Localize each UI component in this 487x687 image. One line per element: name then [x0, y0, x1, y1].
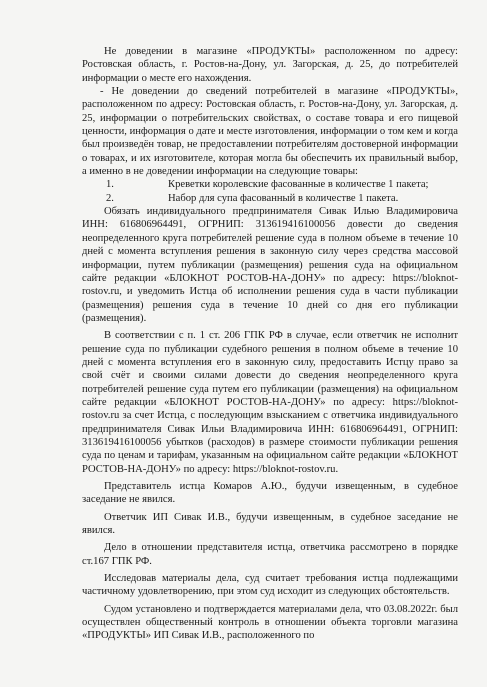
list-text: Набор для супа фасованный в количестве 1…	[126, 192, 398, 205]
paragraph: Обязать индивидуального предпринимателя …	[82, 205, 458, 325]
document-body: Не доведении в магазине «ПРОДУКТЫ» распо…	[82, 45, 458, 643]
list-text: Креветки королевские фасованные в количе…	[126, 178, 429, 191]
paragraph: Дело в отношении представителя истца, от…	[82, 541, 458, 568]
paragraph: Представитель истца Комаров А.Ю., будучи…	[82, 480, 458, 507]
list-number: 2.	[82, 192, 126, 205]
paragraph: В соответствии с п. 1 ст. 206 ГПК РФ в с…	[82, 329, 458, 476]
document-page: Не доведении в магазине «ПРОДУКТЫ» распо…	[0, 0, 487, 687]
list-item: 1. Креветки королевские фасованные в кол…	[82, 178, 458, 191]
paragraph: - Не доведении до сведений потребителей …	[82, 85, 458, 178]
list-number: 1.	[82, 178, 126, 191]
list-item: 2. Набор для супа фасованный в количеств…	[82, 192, 458, 205]
paragraph: Судом установлено и подтверждается матер…	[82, 603, 458, 643]
paragraph: Не доведении в магазине «ПРОДУКТЫ» распо…	[82, 45, 458, 85]
paragraph: Исследовав материалы дела, суд считает т…	[82, 572, 458, 599]
paragraph: Ответчик ИП Сивак И.В., будучи извещенны…	[82, 511, 458, 538]
